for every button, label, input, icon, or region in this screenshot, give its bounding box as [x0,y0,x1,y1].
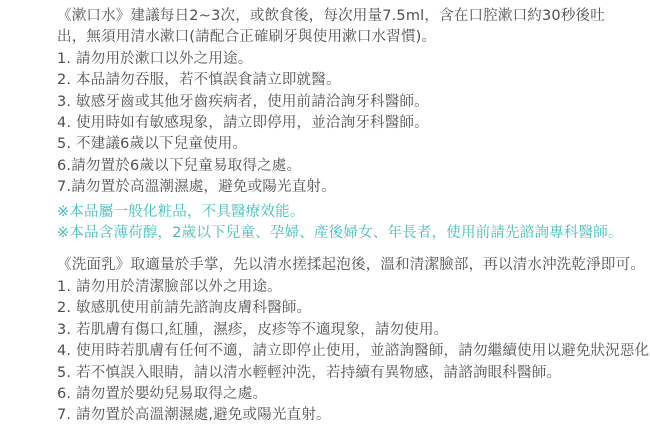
mouthwash-instruction-7: 7.請勿置於高溫潮濕處，避免或陽光直射。 [57,177,646,198]
mouthwash-instruction-6: 6.請勿置於6歲以下兒童易取得之處。 [57,156,646,177]
product-usage-instructions: 《漱口水》建議每日2~3次，或飲食後，每次用量7.5ml，含在口腔漱口約30秒後… [0,0,650,426]
cleanser-instruction-1: 1. 請勿用於清潔臉部以外之用途。 [57,277,646,298]
cleanser-instruction-2: 2. 敏感肌使用前請先諮詢皮膚科醫師。 [57,298,646,319]
mouthwash-note-1: ※本品屬一般化粧品，不具醫療效能。 [57,202,646,223]
mouthwash-instruction-3: 3. 敏感牙齒或其他牙齒疾病者，使用前請洽詢牙科醫師。 [57,92,646,113]
cleanser-instruction-7: 7. 請勿置於高溫潮濕處,避免或陽光直射。 [57,405,646,426]
mouthwash-instruction-4: 4. 使用時如有敏感現象，請立即停用，並洽詢牙科醫師。 [57,113,646,134]
cleanser-instruction-4: 4. 使用時若肌膚有任何不適，請立即停止使用，並諮詢醫師，請勿繼續使用以避免狀況… [57,341,646,362]
cleanser-intro: 《洗面乳》取適量於手掌，先以清水搓揉起泡後，溫和清潔臉部，再以清水沖洗乾淨即可。 [57,255,646,276]
mouthwash-note-2: ※本品含薄荷醇，2歲以下兒童、孕婦、產後婦女、年長者，使用前請先諮詢專科醫師。 [57,223,646,244]
mouthwash-instruction-1: 1. 請勿用於漱口以外之用途。 [57,49,646,70]
mouthwash-instruction-5: 5. 不建議6歲以下兒童使用。 [57,134,646,155]
cleanser-instruction-6: 6. 請勿置於嬰幼兒易取得之處。 [57,384,646,405]
mouthwash-intro: 《漱口水》建議每日2~3次，或飲食後，每次用量7.5ml，含在口腔漱口約30秒後… [57,6,646,49]
mouthwash-notes: ※本品屬一般化粧品，不具醫療效能。 ※本品含薄荷醇，2歲以下兒童、孕婦、產後婦女… [57,202,646,245]
mouthwash-section: 《漱口水》建議每日2~3次，或飲食後，每次用量7.5ml，含在口腔漱口約30秒後… [57,6,646,244]
cleanser-instruction-5: 5. 若不慎誤入眼睛，請以清水輕輕沖洗，若持續有異物感，請諮詢眼科醫師。 [57,363,646,384]
cleanser-section: 《洗面乳》取適量於手掌，先以清水搓揉起泡後，溫和清潔臉部，再以清水沖洗乾淨即可。… [57,255,646,426]
cleanser-instruction-3: 3. 若肌膚有傷口,紅腫，濕疹，皮疹等不適現象，請勿使用。 [57,320,646,341]
mouthwash-instruction-2: 2. 本品請勿吞服，若不慎誤食請立即就醫。 [57,70,646,91]
